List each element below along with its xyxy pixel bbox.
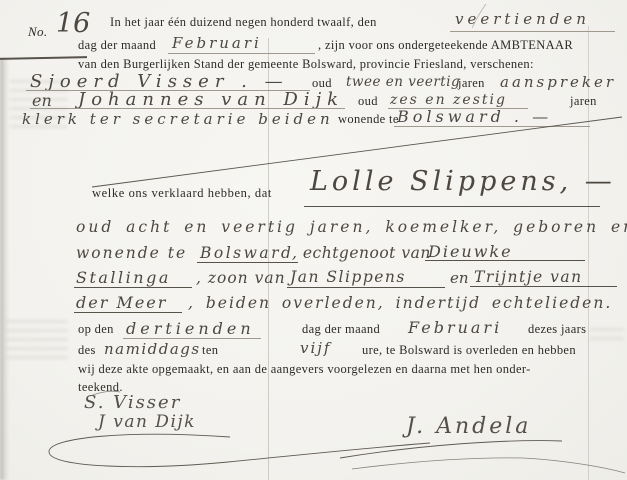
ink-underline xyxy=(197,262,298,263)
l7-declared-printed: welke ons verklaard hebben, dat xyxy=(92,186,272,201)
spouse-firstname: Dieuwke xyxy=(428,242,513,261)
line-month-printed-a: dag der maand xyxy=(78,38,156,53)
book-gutter-shadow xyxy=(0,58,9,480)
l13-ten: ten xyxy=(202,343,218,358)
l5-oud: oud xyxy=(358,94,378,109)
death-certificate-scan: No. 16 In het jaar één duizend negen hon… xyxy=(0,0,627,480)
declarant1-age: twee en veertig xyxy=(346,74,460,90)
bleed-through-smudge xyxy=(590,328,624,346)
declarant1-occupation: aanspreker xyxy=(500,73,616,91)
act-number-label: No. xyxy=(28,24,47,40)
parents-deceased-note: , beiden overleden, indertijd echteliede… xyxy=(188,294,612,312)
fillin-month: Februari xyxy=(172,34,262,52)
act-number-value: 16 xyxy=(56,8,90,39)
closing-line-a: wij deze akte opgemaakt, en aan de aange… xyxy=(78,362,531,377)
l10-en: en xyxy=(450,269,469,287)
andela-signature-flourish-2 xyxy=(352,458,625,473)
l4-jaren: jaren xyxy=(458,76,485,91)
declarants-residence: Bolsward . — xyxy=(397,107,552,126)
declarant2-name: Johannes van Dijk xyxy=(78,89,344,110)
l5-jaren: jaren xyxy=(570,94,597,109)
fillin-rule xyxy=(30,108,345,109)
death-month: Februari xyxy=(408,318,502,337)
ink-underline xyxy=(287,287,445,288)
line-year-printed: In het jaar één duizend negen honderd tw… xyxy=(110,15,377,30)
l9-echtgenoot-van: , echtgenoot van xyxy=(292,244,431,262)
fillin-rule xyxy=(394,126,590,127)
father-name: Jan Slippens xyxy=(290,268,406,286)
vandijk-signature-flourish xyxy=(49,434,430,466)
signature-andela: J. Andela xyxy=(406,414,531,439)
fillin-rule xyxy=(123,338,261,339)
mother-name-b: der Meer xyxy=(76,293,167,312)
death-day: dertienden xyxy=(126,319,255,338)
deceased-residence: Bolsward xyxy=(200,244,293,262)
spouse-surname: Stallinga xyxy=(76,268,171,287)
deceased-name: Lolle Slippens, — xyxy=(310,166,616,197)
act-number-rule xyxy=(0,56,87,60)
fillin-rule xyxy=(450,31,615,32)
ink-underline xyxy=(74,287,192,288)
l13-ure-overleden: ure, te Bolsward is overleden en hebben xyxy=(362,343,576,358)
l12-dag-der-maand: dag der maand xyxy=(302,322,380,337)
ink-underline xyxy=(74,312,182,313)
bleed-through-smudge xyxy=(6,320,68,364)
declarant2-age: zes en zestig xyxy=(390,92,507,108)
death-hour: vijf xyxy=(300,339,331,357)
fillin-day-ordinal: veertienden xyxy=(455,10,590,28)
deceased-age-occupation: oud acht en veertig jaren, koemelker, ge… xyxy=(76,218,627,236)
l9-wonende-te: wonende te xyxy=(76,244,187,262)
line-registrar-printed: van den Burgerlijken Stand der gemeente … xyxy=(78,57,534,72)
andela-signature-flourish xyxy=(340,441,562,458)
line-month-printed-b: , zijn voor ons ondergeteekende AMBTENAA… xyxy=(318,38,573,53)
ink-underline xyxy=(470,286,617,287)
l10-zoon-van: , zoon van xyxy=(196,269,286,287)
l6-wonende-te: wonende te xyxy=(338,112,399,127)
signature-visser: S. Visser xyxy=(84,392,181,413)
deceased-name-underline xyxy=(304,206,600,207)
l12-op-den: op den xyxy=(78,322,114,337)
fillin-rule xyxy=(168,53,315,54)
death-daypart: namiddags xyxy=(104,340,201,358)
declarant2-occupation: klerk ter secretarie beiden xyxy=(22,110,334,128)
mother-name-a: Trijntje van xyxy=(474,268,583,286)
ink-underline xyxy=(425,260,585,261)
signature-vandijk: J van Dijk xyxy=(98,412,196,432)
l13-des: des xyxy=(78,343,96,358)
l12-dezes-jaars: dezes jaars xyxy=(528,322,586,337)
